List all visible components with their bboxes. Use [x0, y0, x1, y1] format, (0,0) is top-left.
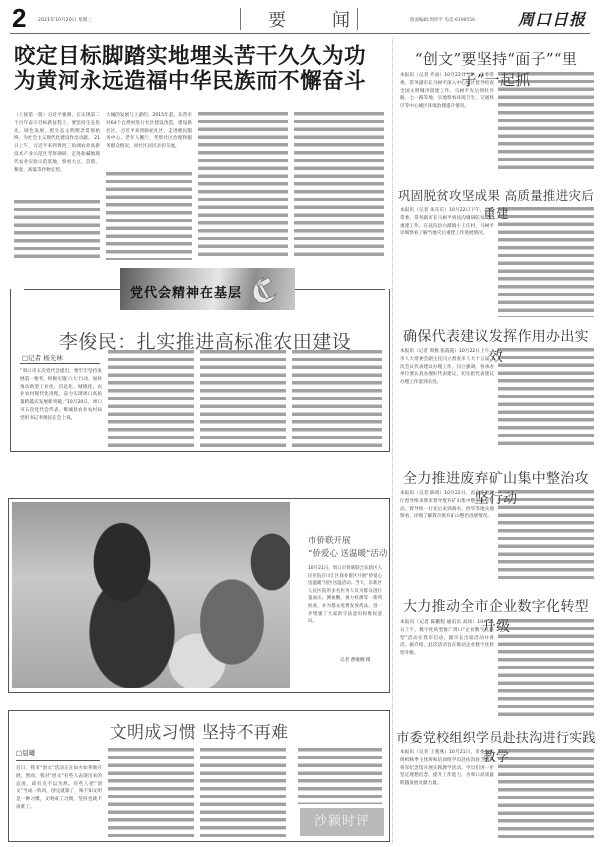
story-1-column-1: 本报讯（记者 乔雨）10月22日下午，市委常委、常务副市长马树平深入中心城区督导…	[400, 72, 494, 172]
lead-column-2: 大城的发展与上游的。2015年起，东营市对64个自然村进行社区建设改造，建设新社…	[106, 112, 192, 172]
story-3-column-1: 本报讯（记者 周燕 张霞霞）10月22日上午，市人大常委会副主任闫立督查市人大十…	[400, 348, 494, 448]
story-2-column-2	[498, 207, 594, 317]
commentary-body-text: 近日，我市“创文”活动正在如火如荼地开展。然而，我对“创文”有些人表现出来的态度…	[16, 765, 102, 812]
photo-title-line2: “侨爱心 送温暖”活动	[308, 548, 387, 561]
masthead: 2 2021年10月20日 星期三 要闻 版面编辑:周经平 电话:6199556…	[0, 0, 600, 36]
commentary-stamp: 沙颍时评	[300, 808, 384, 836]
lead-column-2-text: 大城的发展与上游的。2015年起，东营市对64个自然村进行社区建设改造，建设新社…	[106, 112, 192, 151]
section-name: 要闻	[268, 6, 396, 32]
lead-column-4	[294, 112, 384, 260]
story-2-text: 本报讯（记者 朱东东）10月22日下午，市委常委、常务副市长马树平到扶沟调研防贫…	[400, 207, 494, 238]
story-5-text: 本报讯（记者 陈鹏程 通讯员 高扬）10月21日上午，数字化转型推广周口“企业数…	[400, 619, 494, 658]
banner-text: 党代会精神在基层	[130, 282, 242, 301]
column-divider	[392, 38, 393, 843]
commentary-headline: 文明成习惯 坚持不再难	[8, 718, 390, 743]
commentary-byline: □晨曦	[16, 748, 35, 757]
masthead-rule	[10, 33, 590, 34]
byline-rule	[20, 363, 100, 364]
lead-headline: 咬定目标脚踏实地埋头苦干久久为功 为黄河永远造福中华民族而不懈奋斗	[14, 44, 386, 94]
story-5-column-1: 本报讯（记者 陈鹏程 通讯员 高扬）10月21日上午，数字化转型推广周口“企业数…	[400, 619, 494, 719]
feature-column-2	[108, 350, 194, 448]
feature-column-4	[292, 350, 382, 448]
photo-story-text: 10月21日，周口市侨联联合东新区人民医院在川汇区商业街区开展“侨爱心 送温暖”…	[308, 565, 382, 626]
feature-banner: 党代会精神在基层	[120, 268, 295, 310]
story-6-column-1: 本报讯（记者 王燕燕）10月21日，市委党校组织秋季主体班和培训班学员赴扶沟县吉…	[400, 749, 494, 841]
photo-story-body: 10月21日，周口市侨联联合东新区人民医院在川汇区商业街区开展“侨爱心 送温暖”…	[308, 565, 382, 653]
story-6-text: 本报讯（记者 王燕燕）10月21日，市委党校组织秋季主体班和培训班学员赴扶沟县吉…	[400, 749, 494, 788]
banner-rule	[24, 289, 120, 290]
page-number: 2	[12, 3, 26, 34]
story-4-column-1: 本报讯（记者 陈琦）10月22日，省自然资源厅督导组来我市督导废弃矿山集中整治攻…	[400, 490, 494, 580]
hammer-sickle-icon	[247, 272, 281, 306]
photo-title-line1: 市侨联开展	[308, 535, 387, 548]
feature-column-3	[200, 350, 286, 448]
feature-byline: □记者 杨光林	[22, 353, 63, 362]
story-2-column-1: 本报讯（记者 朱东东）10月22日下午，市委常委、常务副市长马树平到扶沟调研防贫…	[400, 207, 494, 317]
story-6-column-2	[498, 749, 594, 841]
lead-column-1-text: （上接第一版）习近平强调，在实现第二个百年奋斗目标新征程上，要坚持生态优先、绿色…	[14, 112, 100, 174]
story-4-text: 本报讯（记者 陈琦）10月22日，省自然资源厅督导组来我市督导废弃矿山集中整治攻…	[400, 490, 494, 521]
lead-headline-line2: 为黄河永远造福中华民族而不懈奋斗	[14, 69, 386, 94]
story-1-text: 本报讯（记者 乔雨）10月22日下午，市委常委、常务副市长马树平深入中心城区督导…	[400, 72, 494, 111]
news-photo	[12, 502, 290, 688]
photo-credit: 记者 曹敏娜 摄	[340, 657, 370, 663]
story-3-text: 本报讯（记者 周燕 张霞霞）10月22日上午，市人大常委会副主任闫立督查市人大十…	[400, 348, 494, 387]
editor-line: 版面编辑:周经平 电话:6199556	[410, 17, 475, 23]
commentary-column-2	[108, 748, 194, 838]
commentary-column-4	[298, 748, 382, 804]
commentary-column-3	[200, 748, 286, 838]
feature-body-text: “周口市五次党代会提出，要牢牢坚持发展第一要务，积极实施‘六大’行动，加快推动新…	[20, 368, 102, 423]
date-line: 2021年10月20日 星期三	[38, 17, 92, 23]
banner-rule	[295, 289, 385, 290]
story-5-column-2	[498, 619, 594, 719]
photo-story-title: 市侨联开展 “侨爱心 送温暖”活动	[308, 535, 387, 561]
story-3-column-2	[498, 348, 594, 448]
lead-headline-line1: 咬定目标脚踏实地埋头苦干久久为功	[14, 44, 386, 69]
feature-column-1: “周口市五次党代会提出，要牢牢坚持发展第一要务，积极实施‘六大’行动，加快推动新…	[20, 368, 102, 448]
divider	[357, 8, 358, 30]
lead-column-3	[198, 112, 288, 260]
story-4-column-2	[498, 490, 594, 580]
lead-column-1-cont	[14, 200, 100, 260]
commentary-column-1: 近日，我市“创文”活动正在如火如荼地开展。然而，我对“创文”有些人表现出来的态度…	[16, 765, 102, 837]
byline-rule	[16, 760, 100, 761]
lead-column-2-cont	[106, 172, 192, 260]
story-1-column-2	[498, 72, 594, 172]
divider	[240, 8, 241, 30]
paper-logo: 周口日报	[518, 7, 586, 30]
